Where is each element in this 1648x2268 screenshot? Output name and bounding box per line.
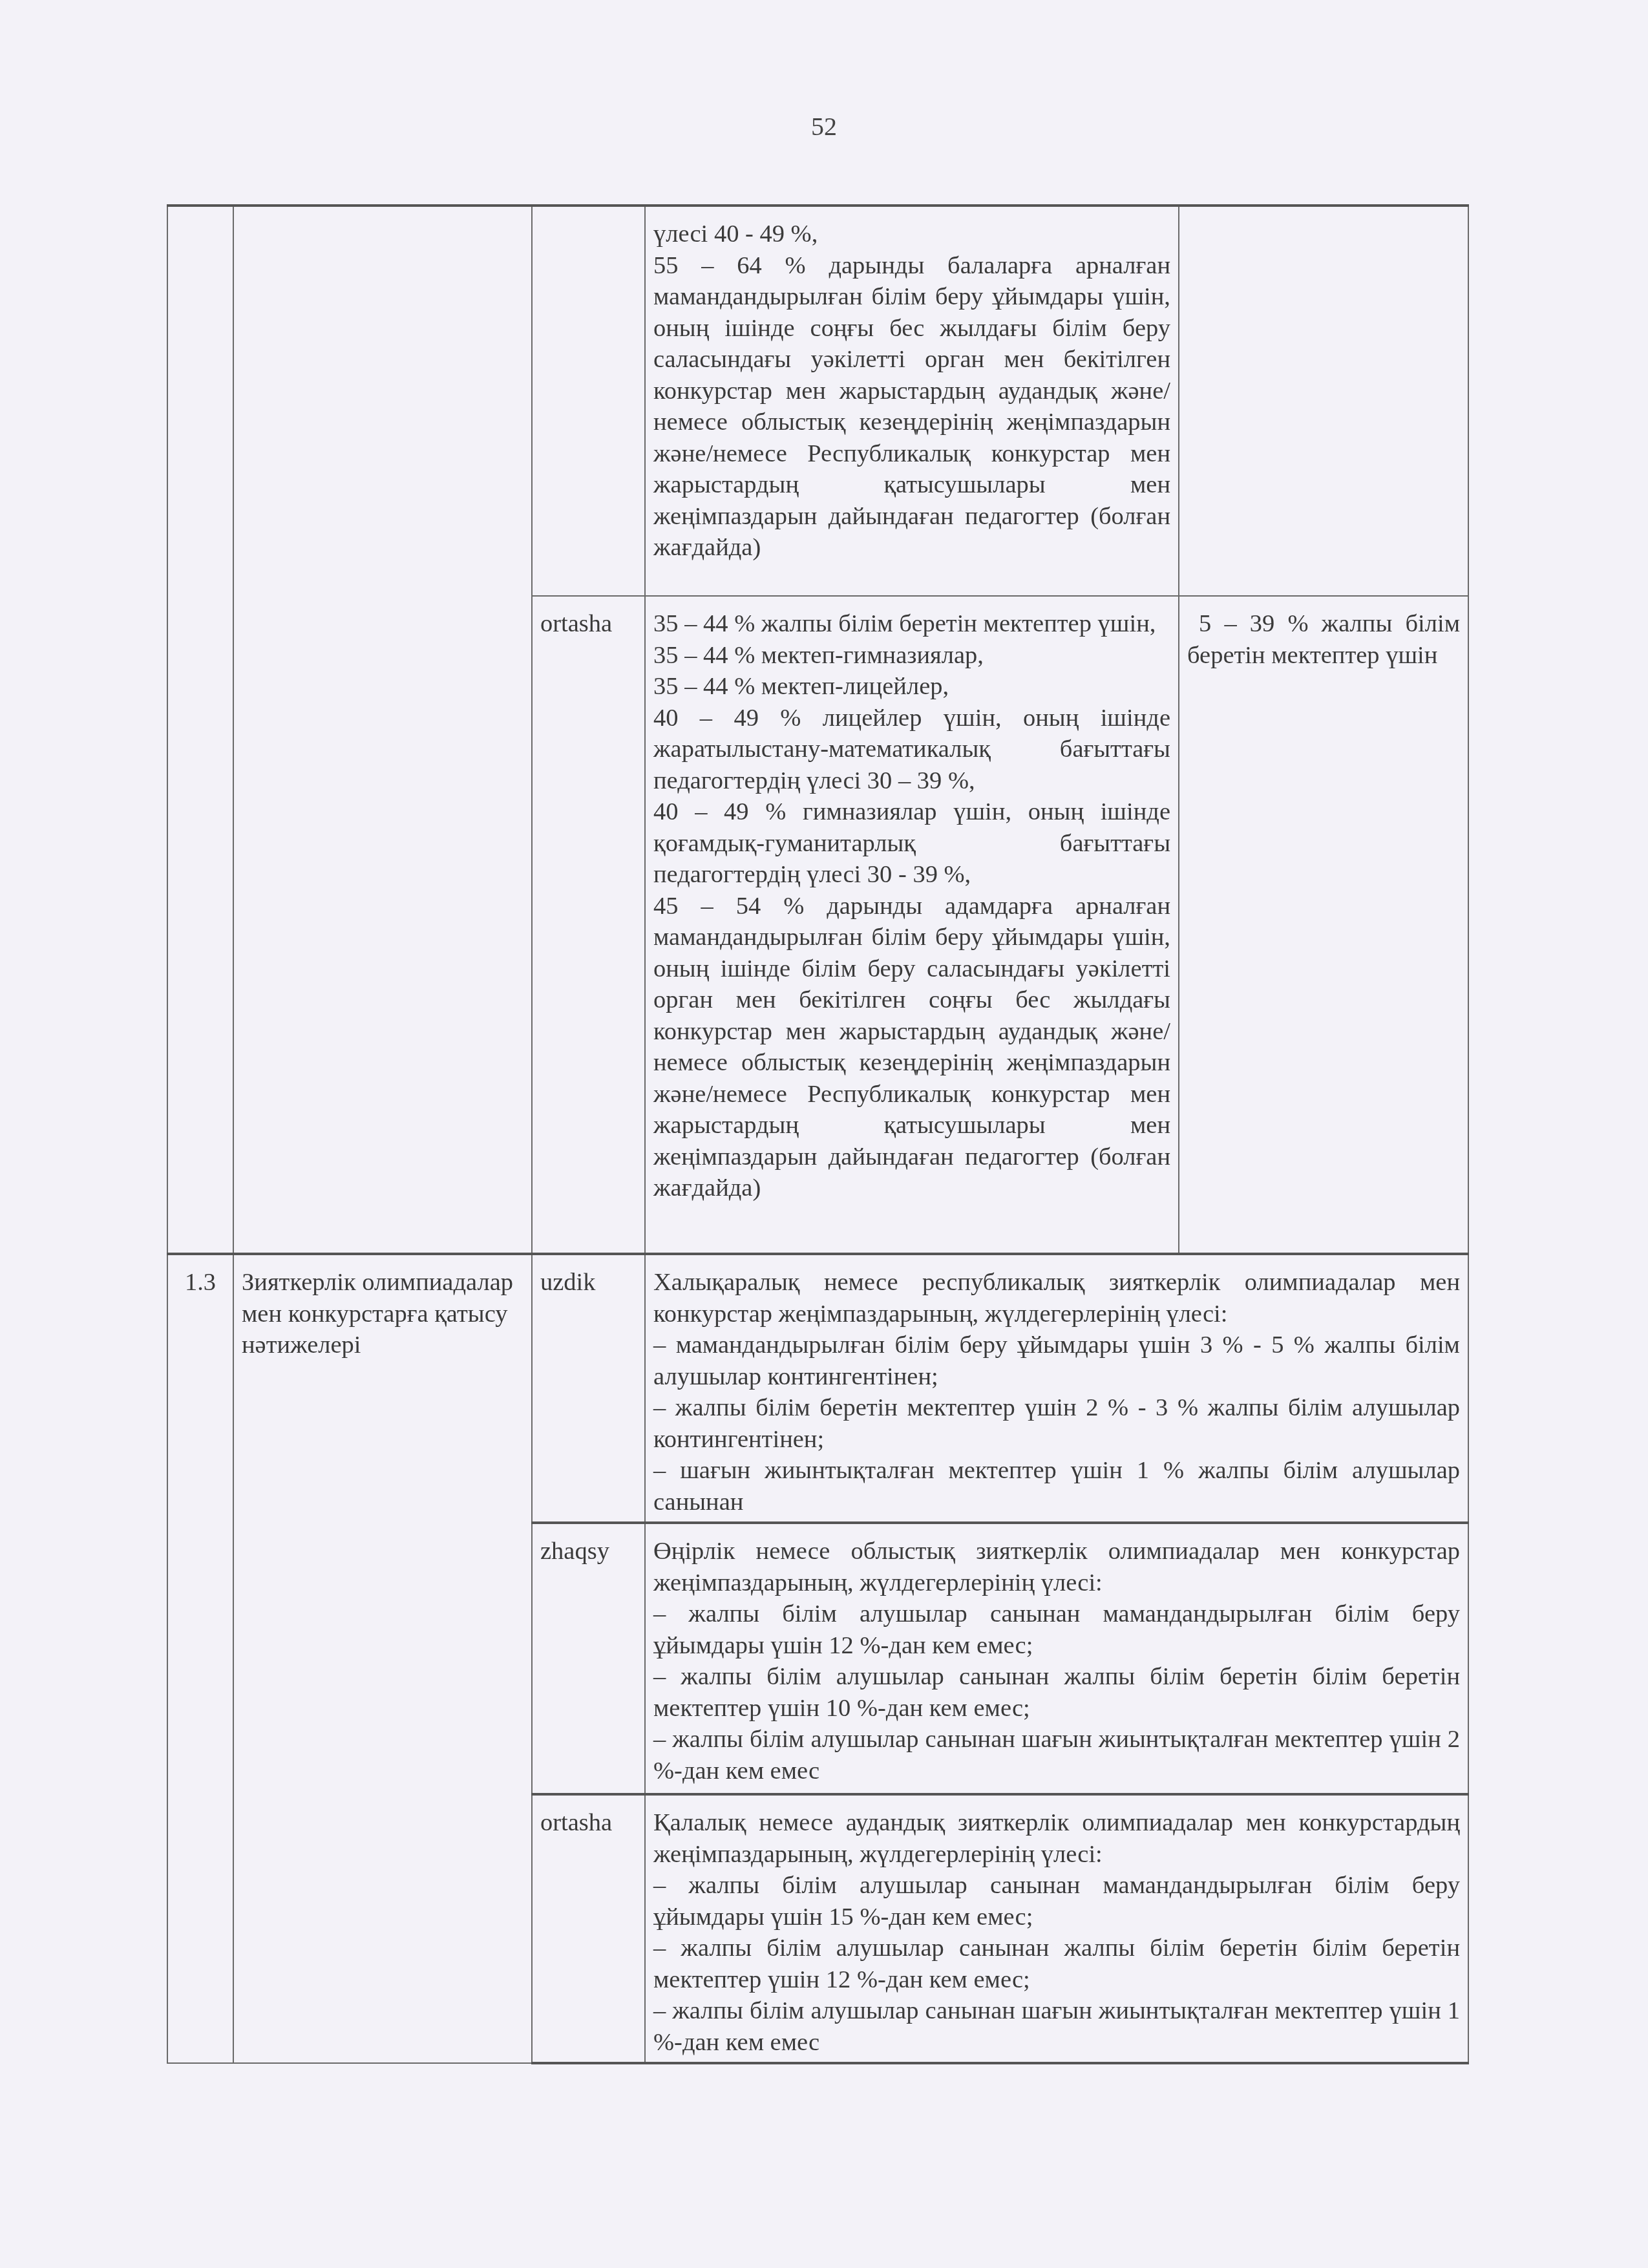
description-cell: Өңірлік немесе облыстық зияткерлік олимп…: [645, 1523, 1468, 1794]
description-line: – жалпы білім алушылар санынан шағын жиы…: [653, 1724, 1460, 1786]
description-line: 55 – 64 % дарынды балаларға арналған мам…: [653, 250, 1170, 564]
level-cell: uzdik: [532, 1254, 645, 1523]
criterion-cell: Зияткерлік олимпиадалар мен конкурстарға…: [233, 1254, 532, 2063]
level-cell: zhaqsy: [532, 1523, 645, 1794]
description-line: – жалпы білім алушылар санынан маманданд…: [653, 1870, 1460, 1933]
page-number: 52: [0, 111, 1648, 142]
description-cell: үлесі 40 - 49 %, 55 – 64 % дарынды балал…: [645, 206, 1179, 596]
description-line: үлесі 40 - 49 %,: [653, 218, 1170, 250]
description-line: Өңірлік немесе облыстық зияткерлік олимп…: [653, 1536, 1460, 1598]
description-line: Қалалық немесе аудандық зияткерлік олимп…: [653, 1807, 1460, 1870]
description-line: – шағын жиынтықталған мектептер үшін 1 %…: [653, 1455, 1460, 1518]
description-line: – жалпы білім алушылар санынан маманданд…: [653, 1598, 1460, 1661]
description-line: – жалпы білім беретін мектептер үшін 2 %…: [653, 1392, 1460, 1455]
note-text: 5 – 39 % жалпы білім беретін мектептер ү…: [1187, 608, 1460, 671]
criterion-cell: [233, 206, 532, 1254]
description-line: – жалпы білім алушылар санынан жалпы біл…: [653, 1933, 1460, 1995]
level-cell: ortasha: [532, 596, 645, 1254]
table-row: 1.3 Зияткерлік олимпиадалар мен конкурст…: [167, 1254, 1468, 1523]
description-line: 35 – 44 % мектеп-гимназиялар,: [653, 640, 1170, 672]
description-cell: Қалалық немесе аудандық зияткерлік олимп…: [645, 1794, 1468, 2063]
criteria-table: үлесі 40 - 49 %, 55 – 64 % дарынды балал…: [167, 204, 1469, 2064]
description-line: – жалпы білім алушылар санынан жалпы біл…: [653, 1661, 1460, 1724]
description-cell: 35 – 44 % жалпы білім беретін мектептер …: [645, 596, 1179, 1254]
table-row: үлесі 40 - 49 %, 55 – 64 % дарынды балал…: [167, 206, 1468, 596]
description-line: 35 – 44 % жалпы білім беретін мектептер …: [653, 608, 1170, 640]
note-cell: [1179, 206, 1468, 596]
description-line: – мамандандырылған білім беру ұйымдары ү…: [653, 1330, 1460, 1392]
description-line: Халықаралық немесе республикалық зияткер…: [653, 1267, 1460, 1330]
description-line: 40 – 49 % гимназиялар үшін, оның ішінде …: [653, 796, 1170, 891]
row-number-cell: 1.3: [167, 1254, 233, 2063]
description-line: 45 – 54 % дарынды адамдарға арналған мам…: [653, 891, 1170, 1204]
description-line: 35 – 44 % мектеп-лицейлер,: [653, 671, 1170, 703]
description-line: – жалпы білім алушылар санынан шағын жиы…: [653, 1995, 1460, 2058]
level-cell: ortasha: [532, 1794, 645, 2063]
note-cell: 5 – 39 % жалпы білім беретін мектептер ү…: [1179, 596, 1468, 1254]
row-number-cell: [167, 206, 233, 1254]
description-cell: Халықаралық немесе республикалық зияткер…: [645, 1254, 1468, 1523]
level-cell: [532, 206, 645, 596]
description-line: 40 – 49 % лицейлер үшін, оның ішінде жар…: [653, 703, 1170, 797]
